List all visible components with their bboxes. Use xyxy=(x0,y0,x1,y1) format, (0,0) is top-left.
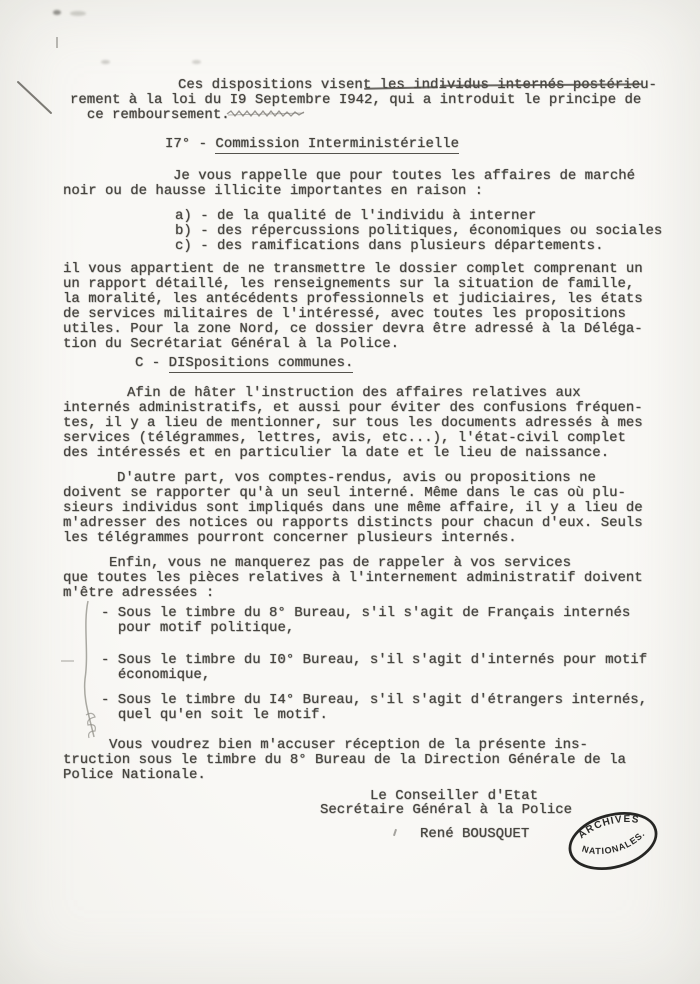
paragraph-afin: Afin de hâter l'instruction des affaires… xyxy=(63,386,643,461)
scribble-mark xyxy=(226,108,310,120)
heading-dispositions-communes: C - DISpositions communes. xyxy=(135,356,353,371)
heading-title: Commission Interministérielle xyxy=(215,136,459,154)
archives-nationales-stamp: ARCHIVES NATIONALES. xyxy=(538,786,688,896)
smudge-mark xyxy=(70,11,86,16)
heading-letter: C - xyxy=(135,355,169,371)
signature-title-2: Secrétaire Général à la Police xyxy=(320,803,572,818)
paragraph-dossier: il vous appartient de ne transmettre le … xyxy=(63,262,643,352)
heading-title: DISpositions communes. xyxy=(169,355,354,373)
pen-tick-mark xyxy=(393,829,397,836)
smudge-mark xyxy=(56,37,58,48)
document-page: Ces dispositions visent les individus in… xyxy=(0,0,700,984)
bullet-8e-bureau: - Sous le timbre du 8° Bureau, s'il s'ag… xyxy=(101,606,630,636)
signature-name: René BOUSQUET xyxy=(420,827,529,842)
paragraph-autre-part: D'autre part, vos comptes-rendus, avis o… xyxy=(63,471,643,546)
paragraph-rappelle: Je vous rappelle que pour toutes les aff… xyxy=(63,169,635,199)
smudge-mark xyxy=(192,60,201,64)
bullet-10e-bureau: - Sous le timbre du I0° Bureau, s'il s'a… xyxy=(101,653,647,683)
margin-pencil-line xyxy=(55,597,105,749)
smudge-mark xyxy=(101,60,110,64)
paragraph-enfin: Enfin, vous ne manquerez pas de rappeler… xyxy=(63,556,643,601)
heading-commission-interministerielle: I7° - Commission Interministérielle xyxy=(165,137,459,152)
list-abc: a) - de la qualité de l'individu à inter… xyxy=(175,209,662,254)
bullet-14e-bureau: - Sous le timbre du I4° Bureau, s'il s'a… xyxy=(101,693,647,723)
smudge-mark xyxy=(53,10,61,15)
heading-number: I7° - xyxy=(165,136,215,152)
pencil-diagonal-mark xyxy=(14,79,56,119)
paragraph-closing: Vous voudrez bien m'accuser réception de… xyxy=(63,738,626,783)
